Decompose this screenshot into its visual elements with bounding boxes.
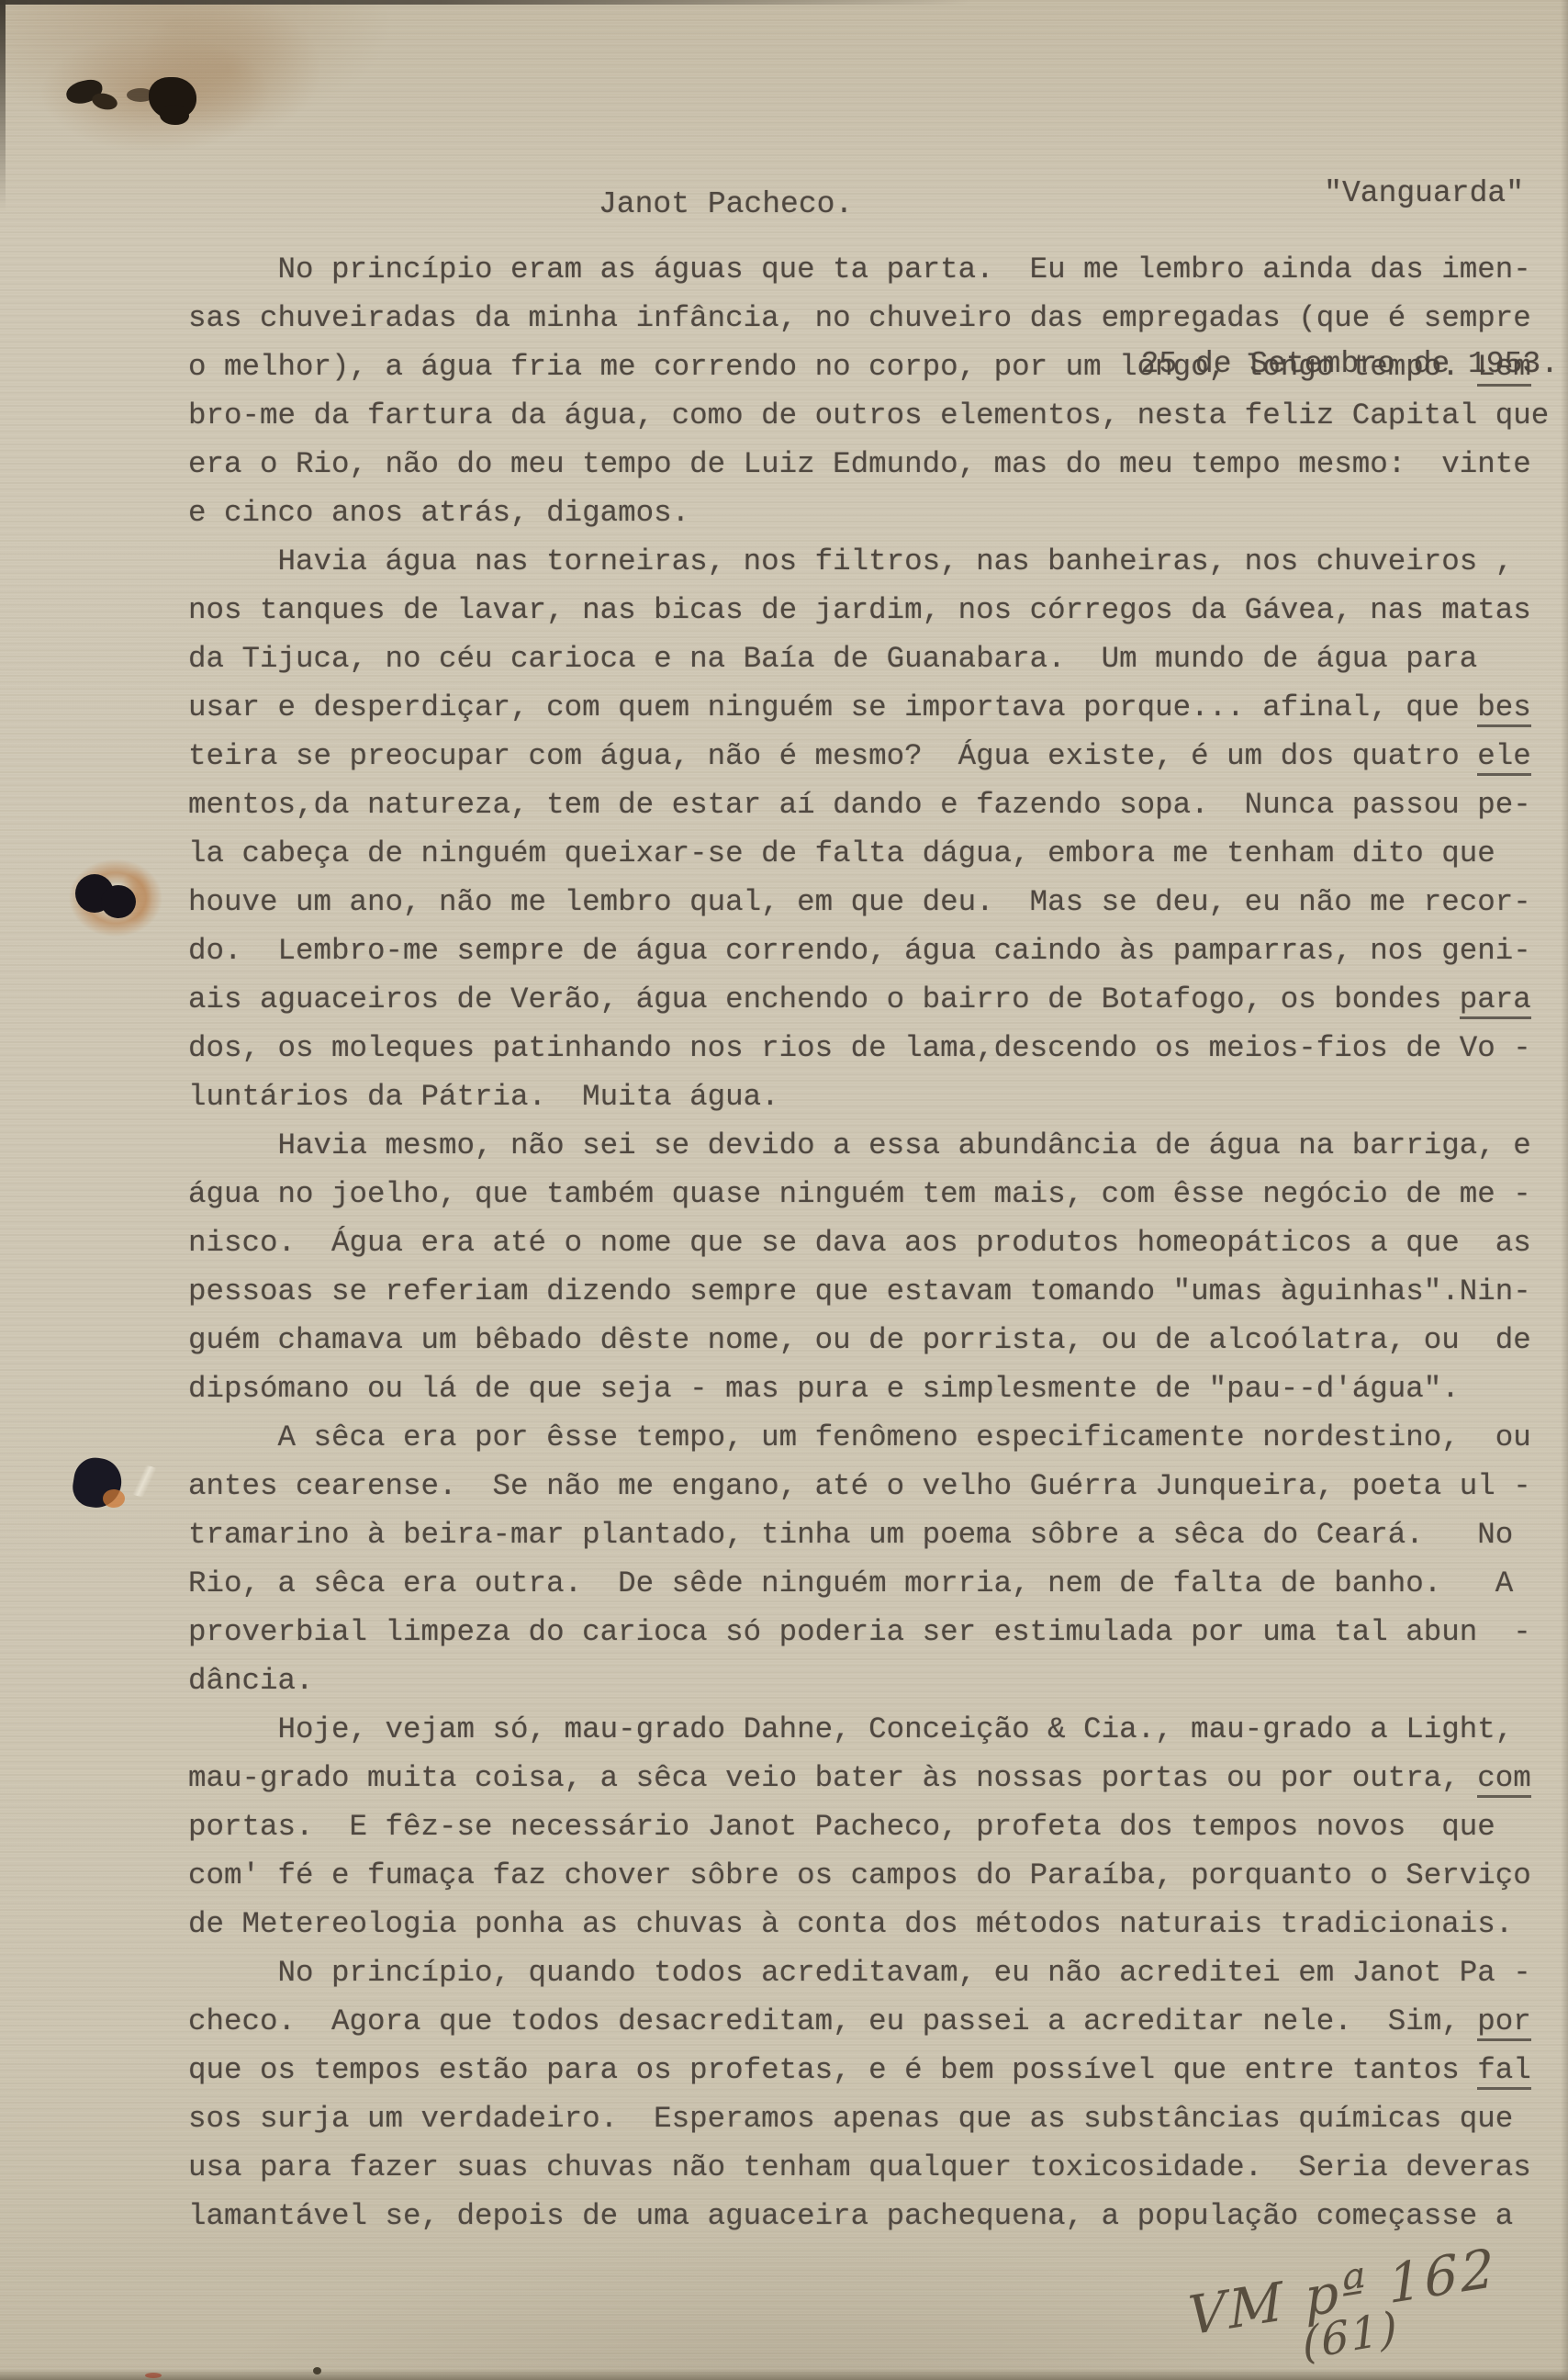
typed-line: usar e desperdiçar, com quem ninguém se … xyxy=(188,683,1561,732)
line-underlined-tail: ele xyxy=(1477,739,1531,776)
typed-line: bro-me da fartura da água, como de outro… xyxy=(188,391,1561,440)
publication-name: "Vanguarda" xyxy=(1141,165,1559,222)
line-text: ais aguaceiros de Verão, água enchendo o… xyxy=(188,982,1460,1016)
line-text: mentos,da natureza, tem de estar aí dand… xyxy=(188,788,1531,822)
document-page: { "header": { "publication": "\"Vanguard… xyxy=(0,0,1568,2380)
typed-line: portas. E fêz-se necessário Janot Pachec… xyxy=(188,1802,1561,1851)
line-text: lamantável se, depois de uma aguaceira p… xyxy=(188,2199,1513,2233)
line-text: sos surja um verdadeiro. Esperamos apena… xyxy=(188,2102,1513,2136)
typed-line: antes cearense. Se não me engano, até o … xyxy=(188,1462,1561,1510)
burn-hole xyxy=(101,885,136,918)
typed-line: do. Lembro-me sempre de água correndo, á… xyxy=(188,926,1561,975)
line-text: dipsómano ou lá de que seja - mas pura e… xyxy=(188,1372,1460,1406)
line-text: usar e desperdiçar, com quem ninguém se … xyxy=(188,690,1477,724)
line-text: checo. Agora que todos desacreditam, eu … xyxy=(188,2004,1477,2038)
typed-line: sas chuveiradas da minha infância, no ch… xyxy=(188,294,1561,342)
typed-line: que os tempos estão para os profetas, e … xyxy=(188,2046,1561,2094)
typed-line: teira se preocupar com água, não é mesmo… xyxy=(188,732,1561,780)
typed-line: Havia água nas torneiras, nos filtros, n… xyxy=(188,537,1561,586)
typed-line: nos tanques de lavar, nas bicas de jardi… xyxy=(188,586,1561,634)
line-text: de Metereologia ponha as chuvas à conta … xyxy=(188,1907,1513,1941)
line-text: antes cearense. Se não me engano, até o … xyxy=(188,1469,1531,1503)
typed-line: proverbial limpeza do carioca só poderia… xyxy=(188,1608,1561,1656)
typed-line: A sêca era por êsse tempo, um fenômeno e… xyxy=(188,1413,1561,1462)
typed-line: e cinco anos atrás, digamos. xyxy=(188,488,1561,537)
line-text: nos tanques de lavar, nas bicas de jardi… xyxy=(188,593,1531,627)
page-edge-bottom xyxy=(0,2369,1568,2380)
paper-crease xyxy=(123,1465,165,1497)
line-underlined-tail: com xyxy=(1477,1761,1531,1798)
line-text: era o Rio, não do meu tempo de Luiz Edmu… xyxy=(188,447,1531,481)
typed-line: Hoje, vejam só, mau-grado Dahne, Conceiç… xyxy=(188,1705,1561,1754)
line-text: bro-me da fartura da água, como de outro… xyxy=(188,399,1549,432)
typed-line: de Metereologia ponha as chuvas à conta … xyxy=(188,1900,1561,1948)
line-text: que os tempos estão para os profetas, e … xyxy=(188,2053,1477,2087)
typed-line: la cabeça de ninguém queixar-se de falta… xyxy=(188,829,1561,878)
typed-line: dos, os moleques patinhando nos rios de … xyxy=(188,1024,1561,1072)
line-underlined-tail: Lem xyxy=(1477,350,1531,387)
typed-line: nisco. Água era até o nome que se dava a… xyxy=(188,1218,1561,1267)
line-text: houve um ano, não me lembro qual, em que… xyxy=(188,885,1531,919)
line-text: da Tijuca, no céu carioca e na Baía de G… xyxy=(188,642,1477,676)
line-text: A sêca era por êsse tempo, um fenômeno e… xyxy=(188,1420,1531,1454)
line-underlined-tail: para xyxy=(1460,982,1531,1019)
line-text: dância. xyxy=(188,1664,314,1698)
line-text: água no joelho, que também quase ninguém… xyxy=(188,1177,1531,1211)
line-text: luntários da Pátria. Muita água. xyxy=(188,1080,779,1114)
page-edge-left xyxy=(0,0,6,211)
typed-line: mentos,da natureza, tem de estar aí dand… xyxy=(188,780,1561,829)
line-underlined-tail: bes xyxy=(1477,690,1531,727)
typed-line: tramarino à beira-mar plantado, tinha um… xyxy=(188,1510,1561,1559)
paper-sheet: "Vanguarda" 25 de Setembro de 1953. Jano… xyxy=(0,0,1568,2380)
line-text: guém chamava um bêbado dêste nome, ou de… xyxy=(188,1323,1531,1357)
line-text: portas. E fêz-se necessário Janot Pachec… xyxy=(188,1810,1495,1844)
line-text: No princípio, quando todos acreditavam, … xyxy=(188,1956,1531,1990)
line-text: No princípio eram as águas que ta parta.… xyxy=(188,253,1531,286)
typed-line: dância. xyxy=(188,1656,1561,1705)
line-text: o melhor), a água fria me correndo no co… xyxy=(188,350,1477,384)
burn-hole-halo xyxy=(103,1489,125,1508)
line-text: pessoas se referiam dizendo sempre que e… xyxy=(188,1274,1531,1308)
ink-smudge xyxy=(160,105,189,125)
typed-line: o melhor), a água fria me correndo no co… xyxy=(188,342,1561,391)
line-text: dos, os moleques patinhando nos rios de … xyxy=(188,1031,1531,1065)
typed-line: da Tijuca, no céu carioca e na Baía de G… xyxy=(188,634,1561,683)
typed-line: água no joelho, que também quase ninguém… xyxy=(188,1170,1561,1218)
page-title: Janot Pacheco. xyxy=(599,187,853,221)
typed-line: ais aguaceiros de Verão, água enchendo o… xyxy=(188,975,1561,1024)
page-edge-right xyxy=(1561,0,1568,2380)
line-text: com' fé e fumaça faz chover sôbre os cam… xyxy=(188,1858,1531,1892)
typed-line: Havia mesmo, não sei se devido a essa ab… xyxy=(188,1121,1561,1170)
line-text: nisco. Água era até o nome que se dava a… xyxy=(188,1226,1531,1260)
typed-line: com' fé e fumaça faz chover sôbre os cam… xyxy=(188,1851,1561,1900)
typed-line: checo. Agora que todos desacreditam, eu … xyxy=(188,1997,1561,2046)
typed-line: guém chamava um bêbado dêste nome, ou de… xyxy=(188,1316,1561,1364)
typed-line: mau-grado muita coisa, a sêca veio bater… xyxy=(188,1754,1561,1802)
typed-line: dipsómano ou lá de que seja - mas pura e… xyxy=(188,1364,1561,1413)
line-text: Havia água nas torneiras, nos filtros, n… xyxy=(188,544,1513,578)
line-text: do. Lembro-me sempre de água correndo, á… xyxy=(188,934,1531,968)
typed-line: luntários da Pátria. Muita água. xyxy=(188,1072,1561,1121)
ink-speck xyxy=(313,2367,321,2374)
typed-line: era o Rio, não do meu tempo de Luiz Edmu… xyxy=(188,440,1561,488)
typed-line: No princípio, quando todos acreditavam, … xyxy=(188,1948,1561,1997)
line-text: Rio, a sêca era outra. De sêde ninguém m… xyxy=(188,1566,1513,1600)
typed-body: No princípio eram as águas que ta parta.… xyxy=(188,245,1561,2240)
typed-line: No princípio eram as águas que ta parta.… xyxy=(188,245,1561,294)
line-underlined-tail: fal xyxy=(1477,2053,1531,2090)
line-text: la cabeça de ninguém queixar-se de falta… xyxy=(188,836,1495,870)
line-text: teira se preocupar com água, não é mesmo… xyxy=(188,739,1477,773)
typed-line: pessoas se referiam dizendo sempre que e… xyxy=(188,1267,1561,1316)
red-mark xyxy=(145,2373,162,2378)
typed-line: lamantável se, depois de uma aguaceira p… xyxy=(188,2192,1561,2240)
typed-line: usa para fazer suas chuvas não tenham qu… xyxy=(188,2143,1561,2192)
typed-line: sos surja um verdadeiro. Esperamos apena… xyxy=(188,2094,1561,2143)
typed-line: Rio, a sêca era outra. De sêde ninguém m… xyxy=(188,1559,1561,1608)
line-text: sas chuveiradas da minha infância, no ch… xyxy=(188,301,1531,335)
line-text: usa para fazer suas chuvas não tenham qu… xyxy=(188,2150,1531,2184)
line-text: tramarino à beira-mar plantado, tinha um… xyxy=(188,1518,1513,1552)
line-text: e cinco anos atrás, digamos. xyxy=(188,496,689,530)
line-text: Havia mesmo, não sei se devido a essa ab… xyxy=(188,1128,1531,1162)
line-text: mau-grado muita coisa, a sêca veio bater… xyxy=(188,1761,1477,1795)
line-underlined-tail: por xyxy=(1477,2004,1531,2041)
line-text: Hoje, vejam só, mau-grado Dahne, Conceiç… xyxy=(188,1712,1513,1746)
line-text: proverbial limpeza do carioca só poderia… xyxy=(188,1615,1531,1649)
typed-line: houve um ano, não me lembro qual, em que… xyxy=(188,878,1561,926)
